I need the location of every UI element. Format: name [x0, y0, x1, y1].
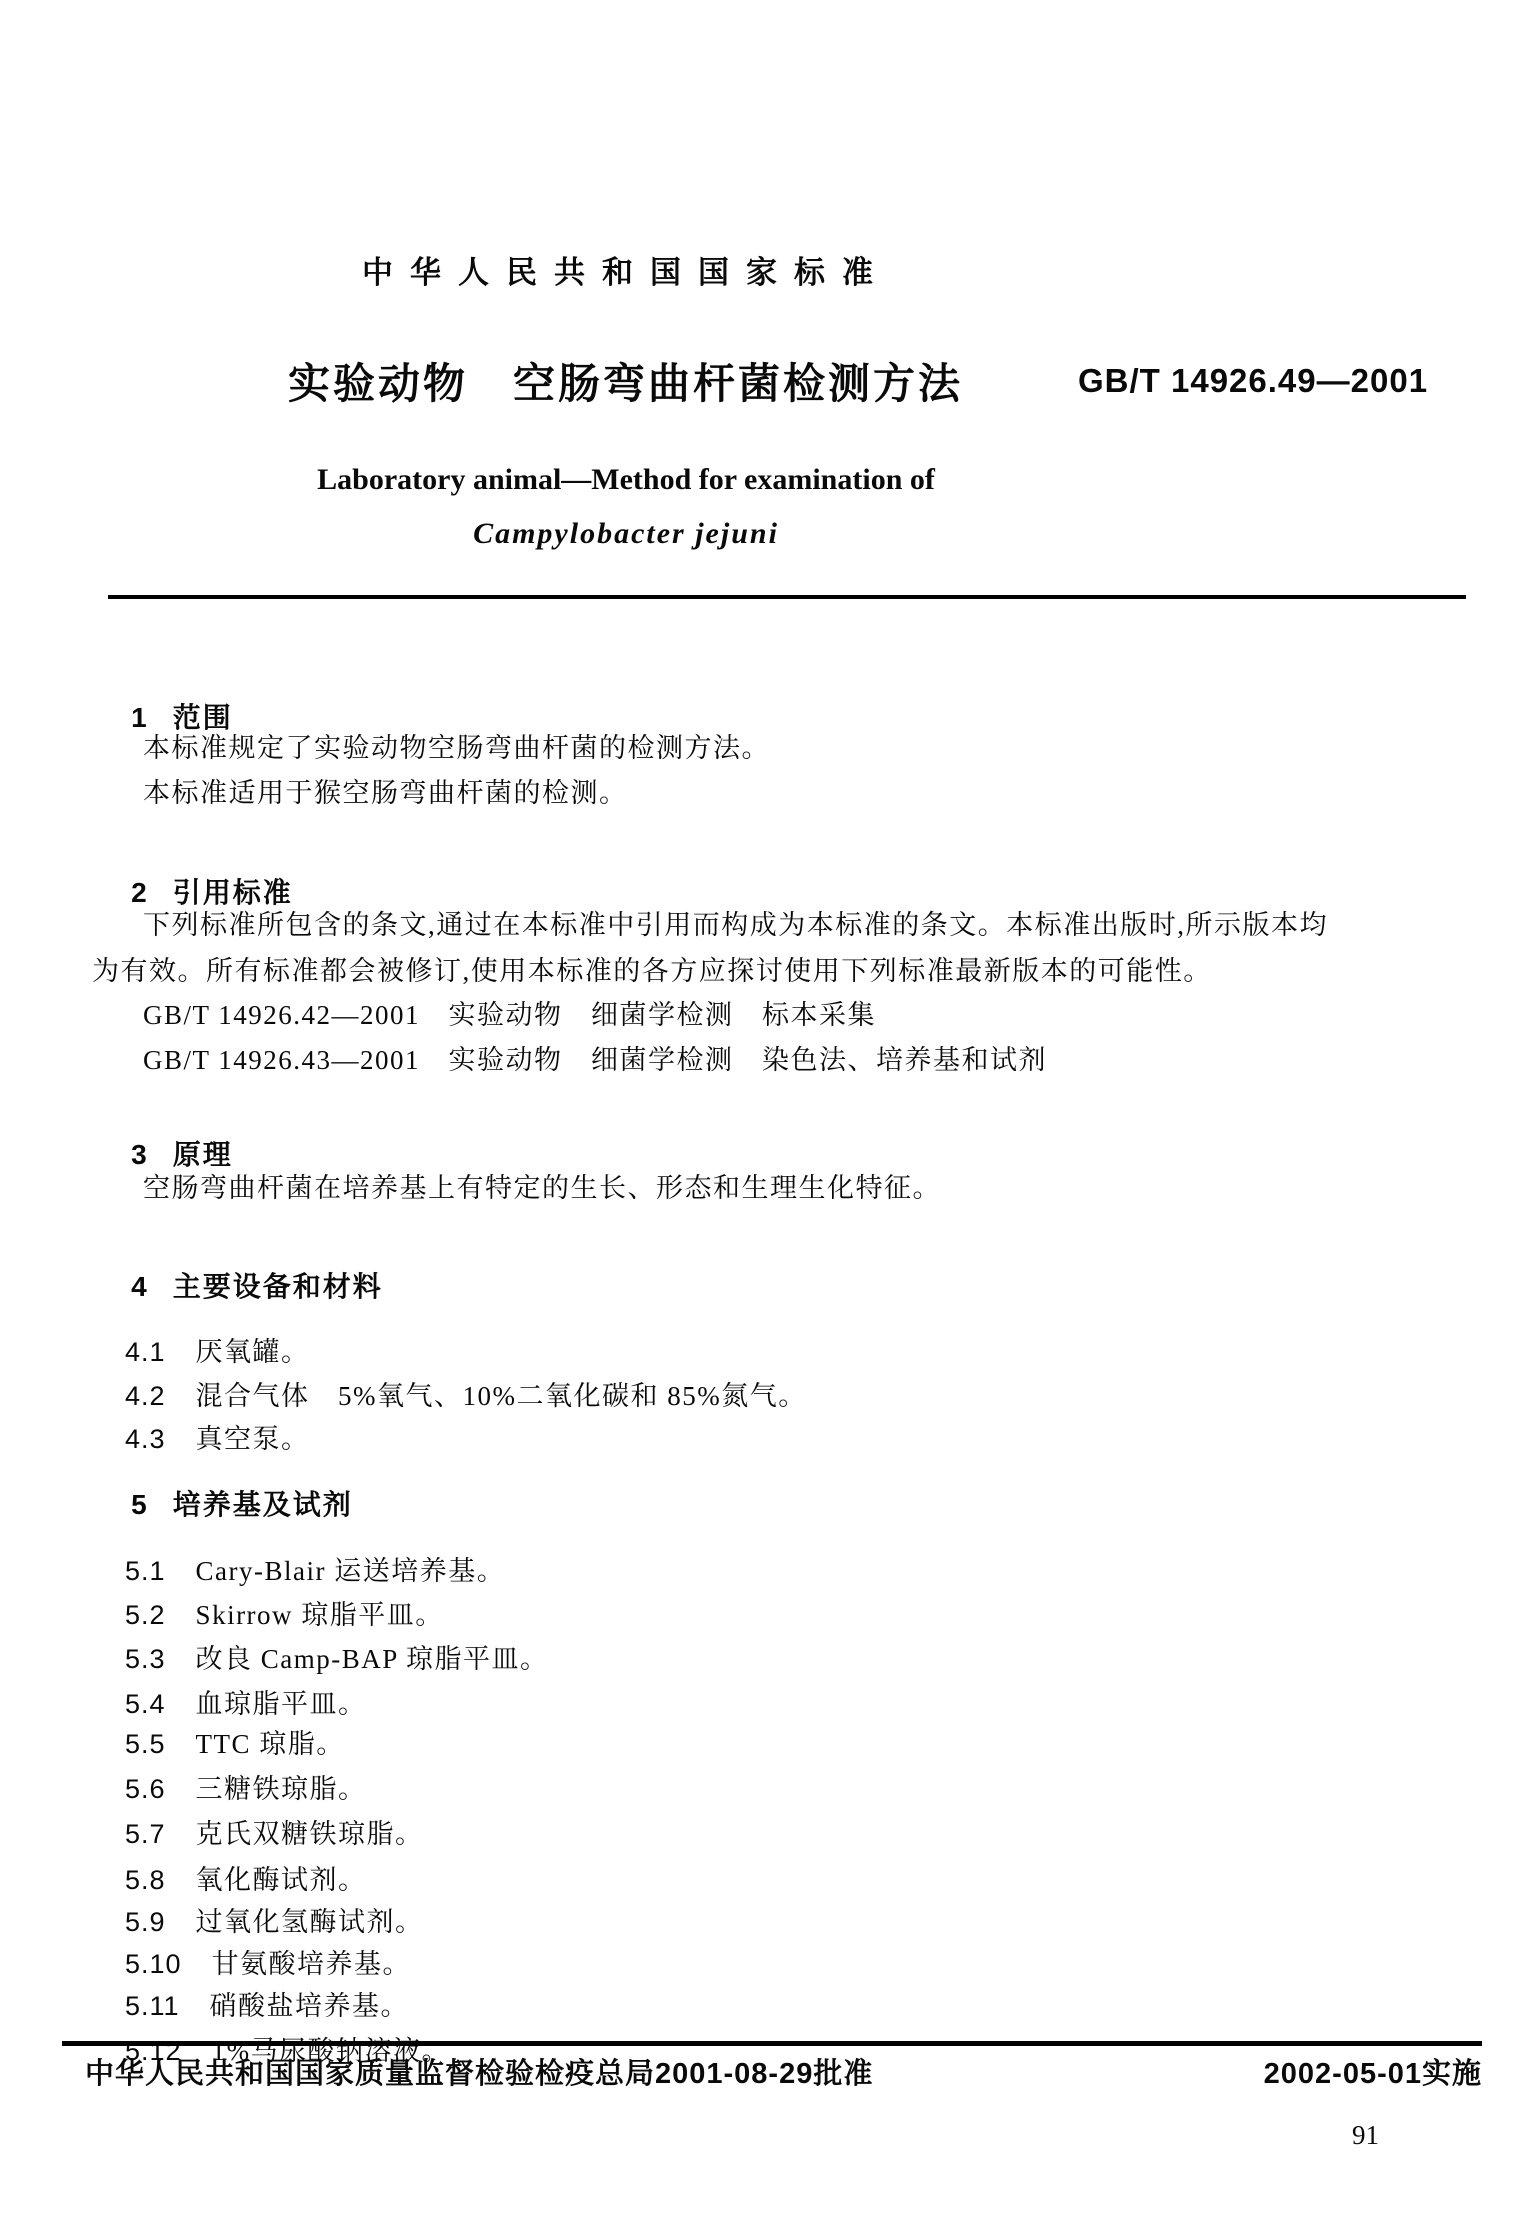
title-divider-rule [108, 595, 1466, 599]
standard-number: GB/T 14926.49—2001 [1078, 362, 1428, 400]
footer-implementation: 2002-05-01实施 [1264, 2051, 1482, 2092]
english-title-line1: Laboratory animal—Method for examination… [0, 463, 1252, 497]
page-title: 实验动物 空肠弯曲杆菌检测方法 [288, 351, 963, 411]
page-number: 91 [1352, 2120, 1379, 2151]
section-number: 5 [131, 1489, 147, 1521]
paragraph-principle: 空肠弯曲杆菌在培养基上有特定的生长、形态和生理生化特征。 [143, 1166, 941, 1205]
english-title-line2: Campylobacter jejuni [0, 517, 1252, 551]
paragraph-scope-1: 本标准规定了实验动物空肠弯曲杆菌的检测方法。 [143, 726, 770, 765]
clause-text: 真空泵。 [196, 1424, 310, 1454]
national-standard-header: 中华人民共和国国家标准 [0, 247, 1252, 292]
section-title: 培养基及试剂 [173, 1489, 353, 1520]
footer-approval: 中华人民共和国国家质量监督检验检疫总局2001-08-29批准 [85, 2051, 873, 2092]
paragraph-scope-2: 本标准适用于猴空肠弯曲杆菌的检测。 [143, 771, 628, 810]
paragraph-ref-intro-2: 为有效。所有标准都会被修订,使用本标准的各方应探讨使用下列标准最新版本的可能性。 [92, 949, 1212, 988]
footer-divider-rule [62, 2041, 1482, 2046]
document-page: 中华人民共和国国家标准 实验动物 空肠弯曲杆菌检测方法 GB/T 14926.4… [0, 0, 1537, 2226]
paragraph-ref-intro-1: 下列标准所包含的条文,通过在本标准中引用而构成为本标准的条文。本标准出版时,所示… [143, 903, 1328, 942]
referenced-standard-2: GB/T 14926.43—2001 实验动物 细菌学检测 染色法、培养基和试剂 [143, 1038, 1047, 1077]
section-title: 主要设备和材料 [173, 1271, 383, 1302]
footer: 中华人民共和国国家质量监督检验检疫总局2001-08-29批准 2002-05-… [85, 2051, 1482, 2092]
referenced-standard-1: GB/T 14926.42—2001 实验动物 细菌学检测 标本采集 [143, 993, 876, 1032]
